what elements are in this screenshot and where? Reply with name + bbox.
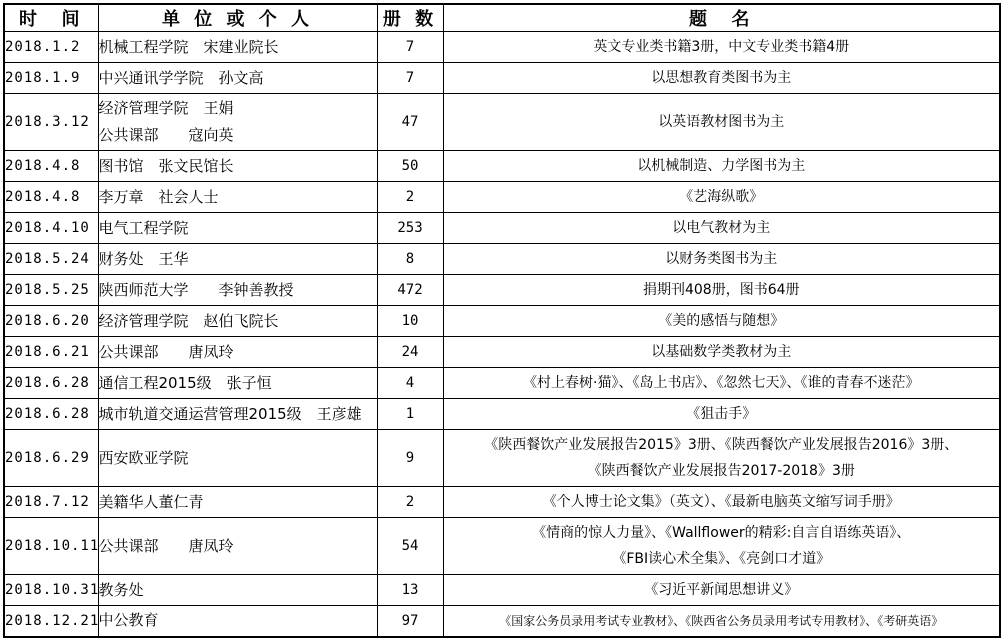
cell-time: 2018.6.20 — [4, 306, 98, 337]
cell-unit: 公共课部 唐凤玲 — [98, 337, 377, 368]
cell-time: 2018.5.24 — [4, 244, 98, 275]
table-header-row: 时 间 单 位 或 个 人 册 数 题 名 — [4, 4, 1000, 32]
cell-title: 以财务类图书为主 — [443, 244, 1000, 275]
cell-count: 47 — [377, 94, 443, 151]
cell-unit: 陕西师范大学 李钟善教授 — [98, 275, 377, 306]
table-row: 2018.3.12经济管理学院 王娟 公共课部 寇向英47以英语教材图书为主 — [4, 94, 1000, 151]
cell-time: 2018.4.10 — [4, 213, 98, 244]
cell-count: 50 — [377, 151, 443, 182]
cell-count: 4 — [377, 368, 443, 399]
cell-time: 2018.6.28 — [4, 368, 98, 399]
cell-title: 以机械制造、力学图书为主 — [443, 151, 1000, 182]
document-page: 时 间 单 位 或 个 人 册 数 题 名 2018.1.2机械工程学院 宋建业… — [0, 0, 1002, 635]
cell-count: 54 — [377, 518, 443, 575]
column-header-time: 时 间 — [4, 4, 98, 32]
cell-time: 2018.10.11 — [4, 518, 98, 575]
cell-unit: 李万章 社会人士 — [98, 182, 377, 213]
cell-count: 472 — [377, 275, 443, 306]
cell-title: 《国家公务员录用考试专业教材》、《陕西省公务员录用考试专用教材》、《考研英语》 — [443, 606, 1000, 637]
table-row: 2018.6.28通信工程2015级 张子恒4《村上春树·猫》、《岛上书店》、《… — [4, 368, 1000, 399]
cell-count: 24 — [377, 337, 443, 368]
table-row: 2018.6.21公共课部 唐凤玲24以基础数学类教材为主 — [4, 337, 1000, 368]
cell-time: 2018.6.29 — [4, 430, 98, 487]
cell-count: 253 — [377, 213, 443, 244]
cell-title: 以电气教材为主 — [443, 213, 1000, 244]
table-row: 2018.5.24财务处 王华8以财务类图书为主 — [4, 244, 1000, 275]
table-row: 2018.6.28城市轨道交通运营管理2015级 王彦雄1《狙击手》 — [4, 399, 1000, 430]
cell-count: 2 — [377, 182, 443, 213]
cell-count: 10 — [377, 306, 443, 337]
table-row: 2018.10.31教务处13《习近平新闻思想讲义》 — [4, 575, 1000, 606]
cell-time: 2018.3.12 — [4, 94, 98, 151]
cell-time: 2018.12.21 — [4, 606, 98, 637]
cell-unit: 教务处 — [98, 575, 377, 606]
cell-count: 8 — [377, 244, 443, 275]
table-row: 2018.4.8图书馆 张文民馆长50以机械制造、力学图书为主 — [4, 151, 1000, 182]
cell-title: 《狙击手》 — [443, 399, 1000, 430]
table-body: 2018.1.2机械工程学院 宋建业院长7英文专业类书籍3册，中文专业类书籍4册… — [4, 32, 1000, 637]
cell-time: 2018.1.2 — [4, 32, 98, 63]
cell-count: 1 — [377, 399, 443, 430]
table-row: 2018.12.21中公教育97《国家公务员录用考试专业教材》、《陕西省公务员录… — [4, 606, 1000, 637]
cell-title: 《习近平新闻思想讲义》 — [443, 575, 1000, 606]
cell-unit: 经济管理学院 赵伯飞院长 — [98, 306, 377, 337]
cell-count: 13 — [377, 575, 443, 606]
cell-title: 捐期刊408册，图书64册 — [443, 275, 1000, 306]
cell-unit: 公共课部 唐凤玲 — [98, 518, 377, 575]
cell-time: 2018.4.8 — [4, 182, 98, 213]
cell-unit: 中公教育 — [98, 606, 377, 637]
cell-time: 2018.4.8 — [4, 151, 98, 182]
cell-title: 《个人博士论文集》（英文）、《最新电脑英文缩写词手册》 — [443, 487, 1000, 518]
cell-title: 《陕西餐饮产业发展报告2015》3册、《陕西餐饮产业发展报告2016》3册、 《… — [443, 430, 1000, 487]
table-row: 2018.5.25陕西师范大学 李钟善教授472捐期刊408册，图书64册 — [4, 275, 1000, 306]
table-row: 2018.10.11公共课部 唐凤玲54《情商的惊人力量》、《Wallflowe… — [4, 518, 1000, 575]
table-row: 2018.1.9中兴通讯学学院 孙文高7以思想教育类图书为主 — [4, 63, 1000, 94]
cell-count: 9 — [377, 430, 443, 487]
cell-title: 以思想教育类图书为主 — [443, 63, 1000, 94]
cell-title: 《村上春树·猫》、《岛上书店》、《忽然七天》、《谁的青春不迷茫》 — [443, 368, 1000, 399]
donation-records-table: 时 间 单 位 或 个 人 册 数 题 名 2018.1.2机械工程学院 宋建业… — [3, 3, 1001, 638]
cell-title: 《情商的惊人力量》、《Wallflower的精彩:自言自语练英语》、 《FBI读… — [443, 518, 1000, 575]
cell-time: 2018.1.9 — [4, 63, 98, 94]
table-row: 2018.7.12美籍华人董仁青2《个人博士论文集》（英文）、《最新电脑英文缩写… — [4, 487, 1000, 518]
cell-time: 2018.7.12 — [4, 487, 98, 518]
cell-time: 2018.6.21 — [4, 337, 98, 368]
cell-title: 以基础数学类教材为主 — [443, 337, 1000, 368]
cell-unit: 城市轨道交通运营管理2015级 王彦雄 — [98, 399, 377, 430]
cell-unit: 图书馆 张文民馆长 — [98, 151, 377, 182]
column-header-count: 册 数 — [377, 4, 443, 32]
table-row: 2018.4.8李万章 社会人士2《艺海纵歌》 — [4, 182, 1000, 213]
cell-title: 《艺海纵歌》 — [443, 182, 1000, 213]
table-row: 2018.6.20经济管理学院 赵伯飞院长10《美的感悟与随想》 — [4, 306, 1000, 337]
cell-title: 英文专业类书籍3册，中文专业类书籍4册 — [443, 32, 1000, 63]
cell-count: 2 — [377, 487, 443, 518]
column-header-unit: 单 位 或 个 人 — [98, 4, 377, 32]
cell-unit: 西安欧亚学院 — [98, 430, 377, 487]
cell-title: 《美的感悟与随想》 — [443, 306, 1000, 337]
table-row: 2018.4.10电气工程学院253以电气教材为主 — [4, 213, 1000, 244]
cell-unit: 通信工程2015级 张子恒 — [98, 368, 377, 399]
cell-unit: 中兴通讯学学院 孙文高 — [98, 63, 377, 94]
cell-count: 7 — [377, 63, 443, 94]
cell-time: 2018.10.31 — [4, 575, 98, 606]
cell-time: 2018.6.28 — [4, 399, 98, 430]
cell-unit: 美籍华人董仁青 — [98, 487, 377, 518]
cell-unit: 财务处 王华 — [98, 244, 377, 275]
table-row: 2018.6.29西安欧亚学院9《陕西餐饮产业发展报告2015》3册、《陕西餐饮… — [4, 430, 1000, 487]
cell-unit: 经济管理学院 王娟 公共课部 寇向英 — [98, 94, 377, 151]
cell-count: 97 — [377, 606, 443, 637]
table-row: 2018.1.2机械工程学院 宋建业院长7英文专业类书籍3册，中文专业类书籍4册 — [4, 32, 1000, 63]
cell-count: 7 — [377, 32, 443, 63]
cell-unit: 电气工程学院 — [98, 213, 377, 244]
cell-time: 2018.5.25 — [4, 275, 98, 306]
cell-unit: 机械工程学院 宋建业院长 — [98, 32, 377, 63]
cell-title: 以英语教材图书为主 — [443, 94, 1000, 151]
column-header-title: 题 名 — [443, 4, 1000, 32]
